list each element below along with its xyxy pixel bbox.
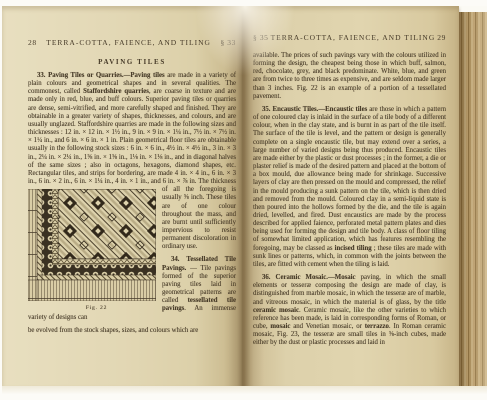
scan-border-top (0, 0, 487, 6)
para36-lead: 36. Ceramic Mosaic.—Mosaic (262, 274, 356, 281)
left-page: 28 TERRA-COTTA, FAIENCE, AND TILING § 33… (2, 6, 243, 386)
para35-text-1: are those in which a pattern of one colo… (253, 106, 446, 252)
paragraph-35: 35. Encaustic Tiles.—Encaustic tiles are… (253, 106, 446, 269)
paragraph-36: 36. Ceramic Mosaic.—Mosaic paving, in wh… (253, 274, 446, 347)
right-running-title: TERRA-COTTA, FAIENCE, AND TILING (271, 33, 436, 42)
scan-border-left (0, 0, 2, 400)
bold-term-terrazzo: terrazzo (365, 323, 389, 330)
scan-border-bottom (0, 386, 487, 400)
left-section-mark: § 33 (220, 38, 236, 47)
para36-text-5: and Venetian mosaic, or (290, 323, 364, 330)
left-running-header: 28 TERRA-COTTA, FAIENCE, AND TILING § 33 (28, 38, 236, 47)
right-section-mark: § 35 (253, 33, 269, 42)
bold-term-incised-tiling: incised tiling (335, 245, 372, 252)
para33-text-4: usually ⅝ inch. These tiles are of one c… (162, 194, 236, 250)
para33-lead: 33. Paving Tiles or Quarries.—Paving til… (37, 72, 165, 79)
left-page-number: 28 (28, 38, 37, 47)
left-page-closing-line: be evolved from the stock shapes, sizes,… (28, 327, 236, 335)
para35-lead: 35. Encaustic Tiles.—Encaustic tiles (262, 106, 367, 113)
section-heading-paving-tiles: PAVING TILES (28, 58, 236, 66)
right-page-content: § 35 TERRA-COTTA, FAIENCE, AND TILING 29… (253, 6, 446, 352)
para33-text-3: , are coarse in texture and are made onl… (28, 88, 236, 193)
right-page-number: 29 (437, 33, 446, 42)
paragraph-34-continuation: available. The prices of such pavings va… (253, 52, 446, 101)
figure-caption: Fig. 22 (28, 304, 156, 312)
tessellated-pavement-image (28, 189, 156, 301)
bold-term-staffordshire-quarries: Staffordshire quarries (83, 88, 149, 95)
page-edge-stack (459, 12, 487, 386)
bold-term-ceramic-mosaic: ceramic mosaic (253, 307, 299, 314)
right-running-header: § 35 TERRA-COTTA, FAIENCE, AND TILING 29 (253, 33, 446, 42)
right-page: § 35 TERRA-COTTA, FAIENCE, AND TILING 29… (243, 6, 459, 386)
left-running-title: TERRA-COTTA, FAIENCE, AND TILING (46, 38, 211, 47)
paragraph-33: 33. Paving Tiles or Quarries.—Paving til… (28, 72, 236, 251)
book-scan: 28 TERRA-COTTA, FAIENCE, AND TILING § 33… (0, 0, 487, 400)
bold-term-mosaic: mosaic (270, 323, 290, 330)
fig-22-illustration: Fig. 22 (28, 189, 156, 312)
left-page-content: 28 TERRA-COTTA, FAIENCE, AND TILING § 33… (28, 6, 236, 335)
